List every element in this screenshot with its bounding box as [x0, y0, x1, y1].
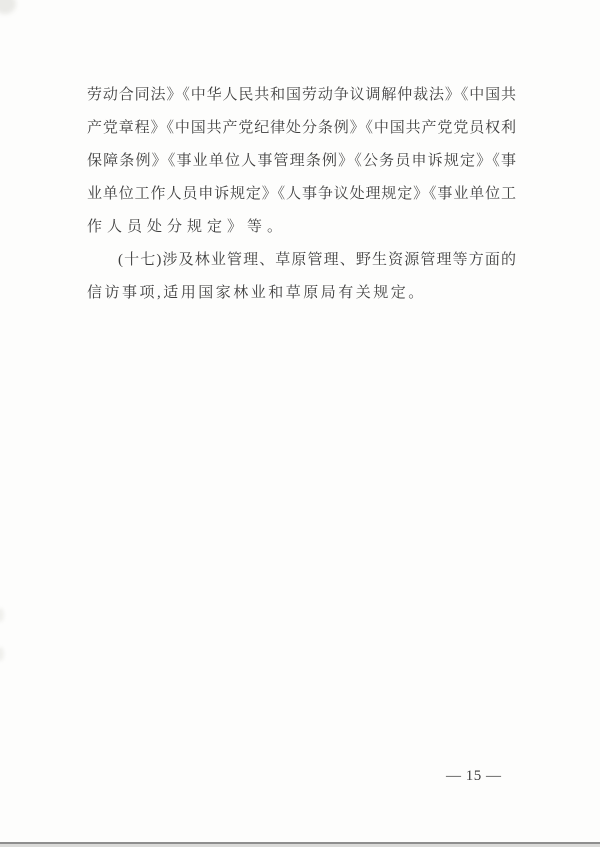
text-line: 作人员处分规定》等。: [87, 211, 516, 244]
page-number: — 15 —: [446, 768, 502, 785]
text-line: 信访事项,适用国家林业和草原局有关规定。: [87, 277, 516, 310]
text-line: 保障条例》《事业单位人事管理条例》《公务员申诉规定》《事: [87, 145, 516, 178]
scan-artifact-edge-smudge: [0, 647, 4, 661]
text-block: 劳动合同法》《中华人民共和国劳动争议调解仲裁法》《中国共 产党章程》《中国共产党…: [87, 79, 516, 310]
text-line: 劳动合同法》《中华人民共和国劳动争议调解仲裁法》《中国共: [87, 79, 516, 112]
text-line: (十七)涉及林业管理、草原管理、野生资源管理等方面的: [87, 244, 516, 277]
scan-artifact-edge-smudge: [0, 608, 4, 622]
text-line: 产党章程》《中国共产党纪律处分条例》《中国共产党党员权利: [87, 112, 516, 145]
text-line: 业单位工作人员申诉规定》《人事争议处理规定》《事业单位工: [87, 178, 516, 211]
scan-artifact-corner-smudge: [0, 0, 16, 14]
document-page: 劳动合同法》《中华人民共和国劳动争议调解仲裁法》《中国共 产党章程》《中国共产党…: [0, 0, 600, 847]
